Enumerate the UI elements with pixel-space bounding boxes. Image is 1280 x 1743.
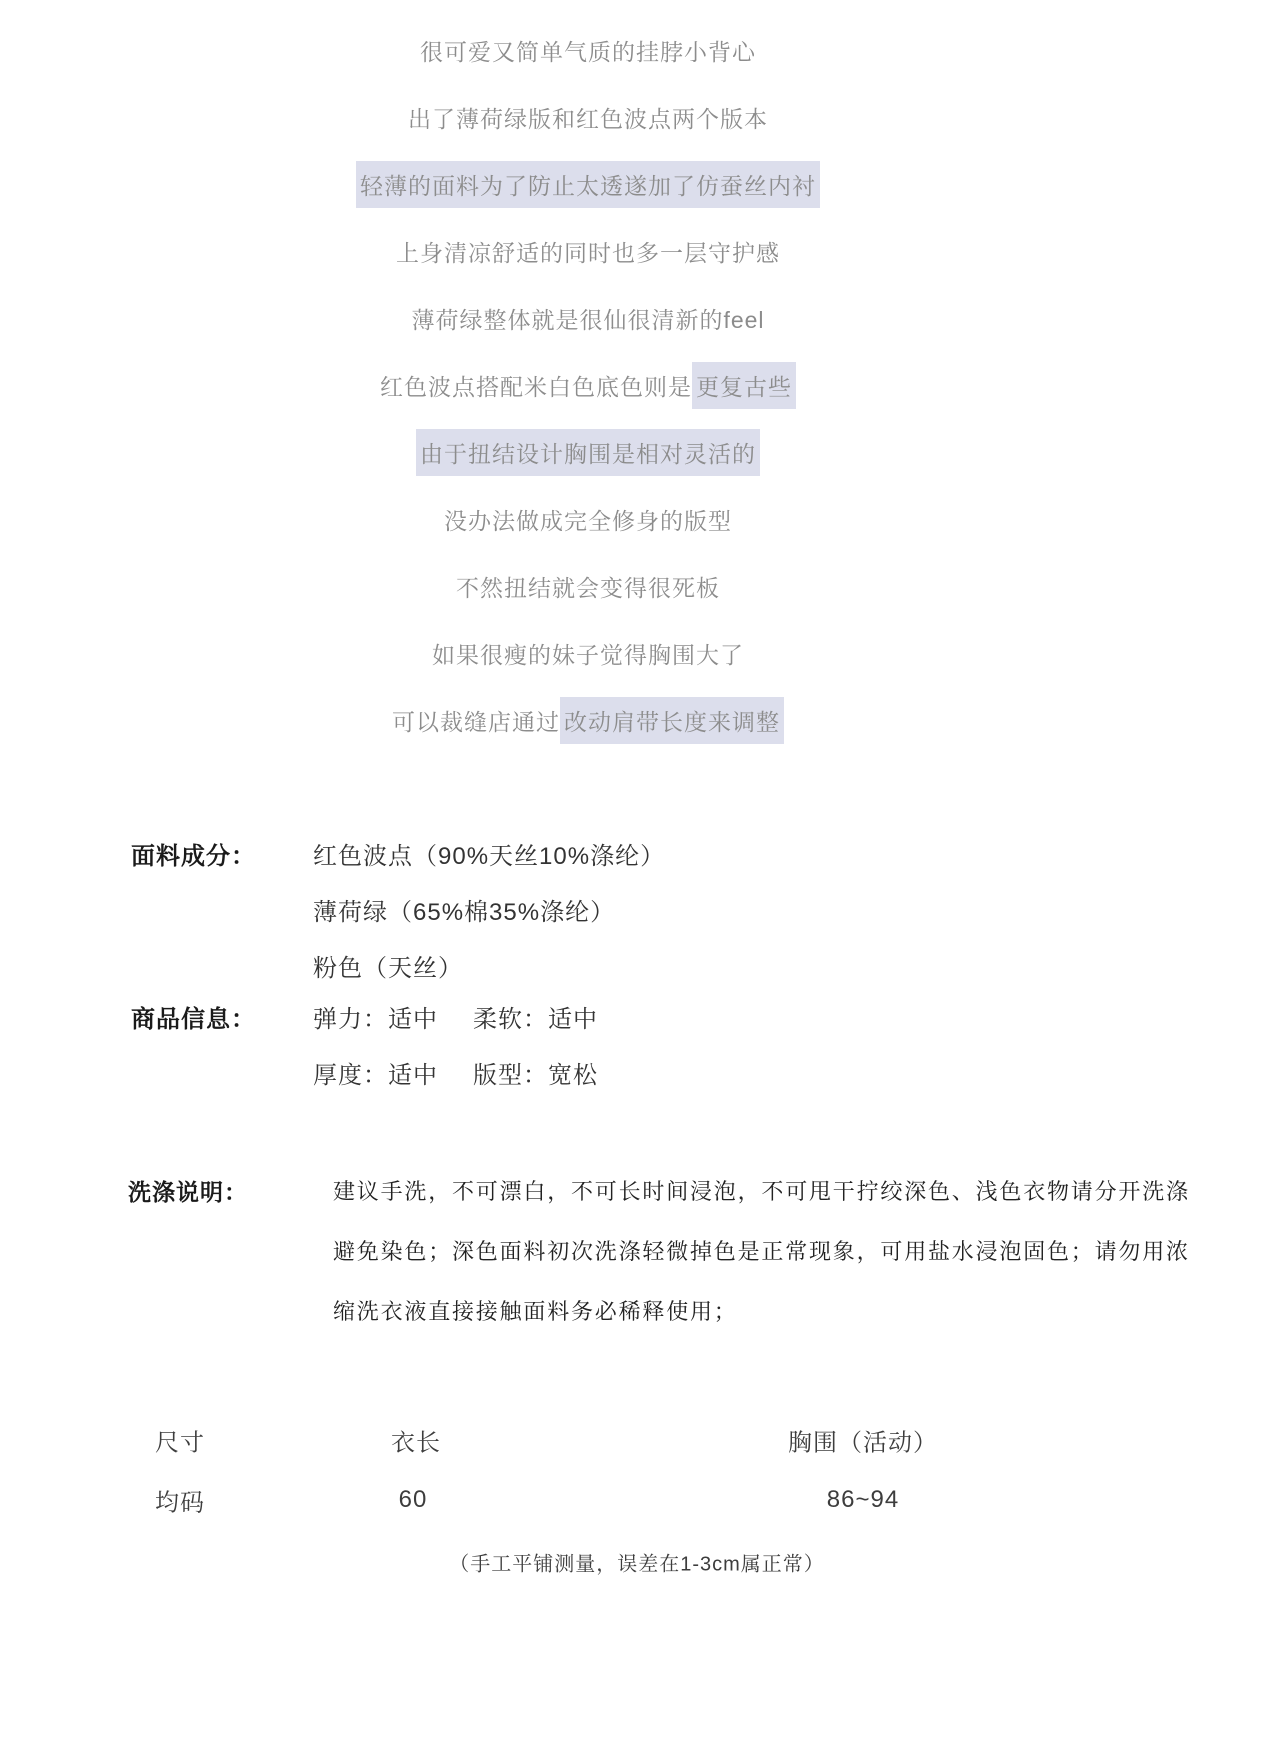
intro-line-10-text: 如果很瘦的妹子觉得胸围大了 xyxy=(432,637,744,670)
product-description-page: 很可爱又简单气质的挂脖小背心 出了薄荷绿版和红色波点两个版本 轻薄的面料为了防止… xyxy=(0,0,1280,1743)
intro-line-7: 由于扭结设计胸围是相对灵活的 xyxy=(0,419,1176,486)
washing-line-3: 缩洗衣液直接接触面料务必稀释使用； xyxy=(333,1282,1190,1342)
intro-line-8: 没办法做成完全修身的版型 xyxy=(0,486,1176,553)
intro-line-11: 可以裁缝店通过改动肩带长度来调整 xyxy=(0,687,1176,754)
washing-instructions-label: 洗涤说明： xyxy=(128,1162,248,1222)
intro-line-9: 不然扭结就会变得很死板 xyxy=(0,553,1176,620)
measurement-note: （手工平铺测量，误差在1-3cm属正常） xyxy=(449,1548,825,1577)
intro-line-6: 红色波点搭配米白色底色则是更复古些 xyxy=(0,352,1176,419)
size-header-length: 衣长 xyxy=(391,1423,441,1458)
fit-value: 版型：宽松 xyxy=(473,1062,598,1089)
intro-line-4: 上身清凉舒适的同时也多一层守护感 xyxy=(0,218,1176,285)
product-info-row-1: 弹力：适中柔软：适中 xyxy=(313,992,598,1048)
fabric-line-red-dot: 红色波点（90%天丝10%涤纶） xyxy=(313,829,665,885)
washing-line-1: 建议手洗，不可漂白，不可长时间浸泡，不可甩干拧绞深色、浅色衣物请分开洗涤 xyxy=(333,1162,1190,1222)
elasticity-value: 弹力：适中 xyxy=(313,1006,438,1033)
intro-line-2-text: 出了薄荷绿版和红色波点两个版本 xyxy=(408,101,768,134)
intro-line-4-text: 上身清凉舒适的同时也多一层守护感 xyxy=(396,235,780,268)
intro-line-8-text: 没办法做成完全修身的版型 xyxy=(444,503,732,536)
intro-line-6-highlight: 更复古些 xyxy=(692,362,796,409)
washing-line-2: 避免染色；深色面料初次洗涤轻微掉色是正常现象，可用盐水浸泡固色；请勿用浓 xyxy=(333,1222,1190,1282)
softness-value: 柔软：适中 xyxy=(473,1006,598,1033)
intro-line-3: 轻薄的面料为了防止太透遂加了仿蚕丝内衬 xyxy=(0,151,1176,218)
size-value-bust: 86~94 xyxy=(827,1486,899,1514)
fabric-composition-values: 红色波点（90%天丝10%涤纶） 薄荷绿（65%棉35%涤纶） 粉色（天丝） xyxy=(313,829,665,997)
fabric-line-pink: 粉色（天丝） xyxy=(313,941,665,997)
intro-line-11-text: 可以裁缝店通过 xyxy=(392,704,560,737)
intro-line-10: 如果很瘦的妹子觉得胸围大了 xyxy=(0,620,1176,687)
intro-line-6-text: 红色波点搭配米白色底色则是 xyxy=(380,369,692,402)
intro-line-5-text: 薄荷绿整体就是很仙很清新的feel xyxy=(411,302,764,335)
intro-line-1-text: 很可爱又简单气质的挂脖小背心 xyxy=(420,34,756,67)
intro-line-9-text: 不然扭结就会变得很死板 xyxy=(456,570,720,603)
washing-instructions-text: 建议手洗，不可漂白，不可长时间浸泡，不可甩干拧绞深色、浅色衣物请分开洗涤 避免染… xyxy=(333,1162,1190,1342)
intro-line-3-highlight: 轻薄的面料为了防止太透遂加了仿蚕丝内衬 xyxy=(356,161,820,208)
thickness-value: 厚度：适中 xyxy=(313,1062,438,1089)
intro-line-2: 出了薄荷绿版和红色波点两个版本 xyxy=(0,84,1176,151)
product-info-label: 商品信息： xyxy=(131,992,256,1048)
product-intro-text: 很可爱又简单气质的挂脖小背心 出了薄荷绿版和红色波点两个版本 轻薄的面料为了防止… xyxy=(0,17,1176,754)
size-header-bust: 胸围（活动） xyxy=(788,1423,938,1458)
fabric-line-mint-green: 薄荷绿（65%棉35%涤纶） xyxy=(313,885,665,941)
size-value-length: 60 xyxy=(399,1486,428,1514)
size-header-size: 尺寸 xyxy=(155,1423,205,1458)
intro-line-1: 很可爱又简单气质的挂脖小背心 xyxy=(0,17,1176,84)
size-value-one-size: 均码 xyxy=(155,1483,205,1518)
product-info-values: 弹力：适中柔软：适中 厚度：适中版型：宽松 xyxy=(313,992,598,1104)
fabric-composition-label: 面料成分： xyxy=(131,829,256,885)
product-info-row-2: 厚度：适中版型：宽松 xyxy=(313,1048,598,1104)
intro-line-5: 薄荷绿整体就是很仙很清新的feel xyxy=(0,285,1176,352)
intro-line-7-highlight: 由于扭结设计胸围是相对灵活的 xyxy=(416,429,760,476)
intro-line-11-highlight: 改动肩带长度来调整 xyxy=(560,697,784,744)
